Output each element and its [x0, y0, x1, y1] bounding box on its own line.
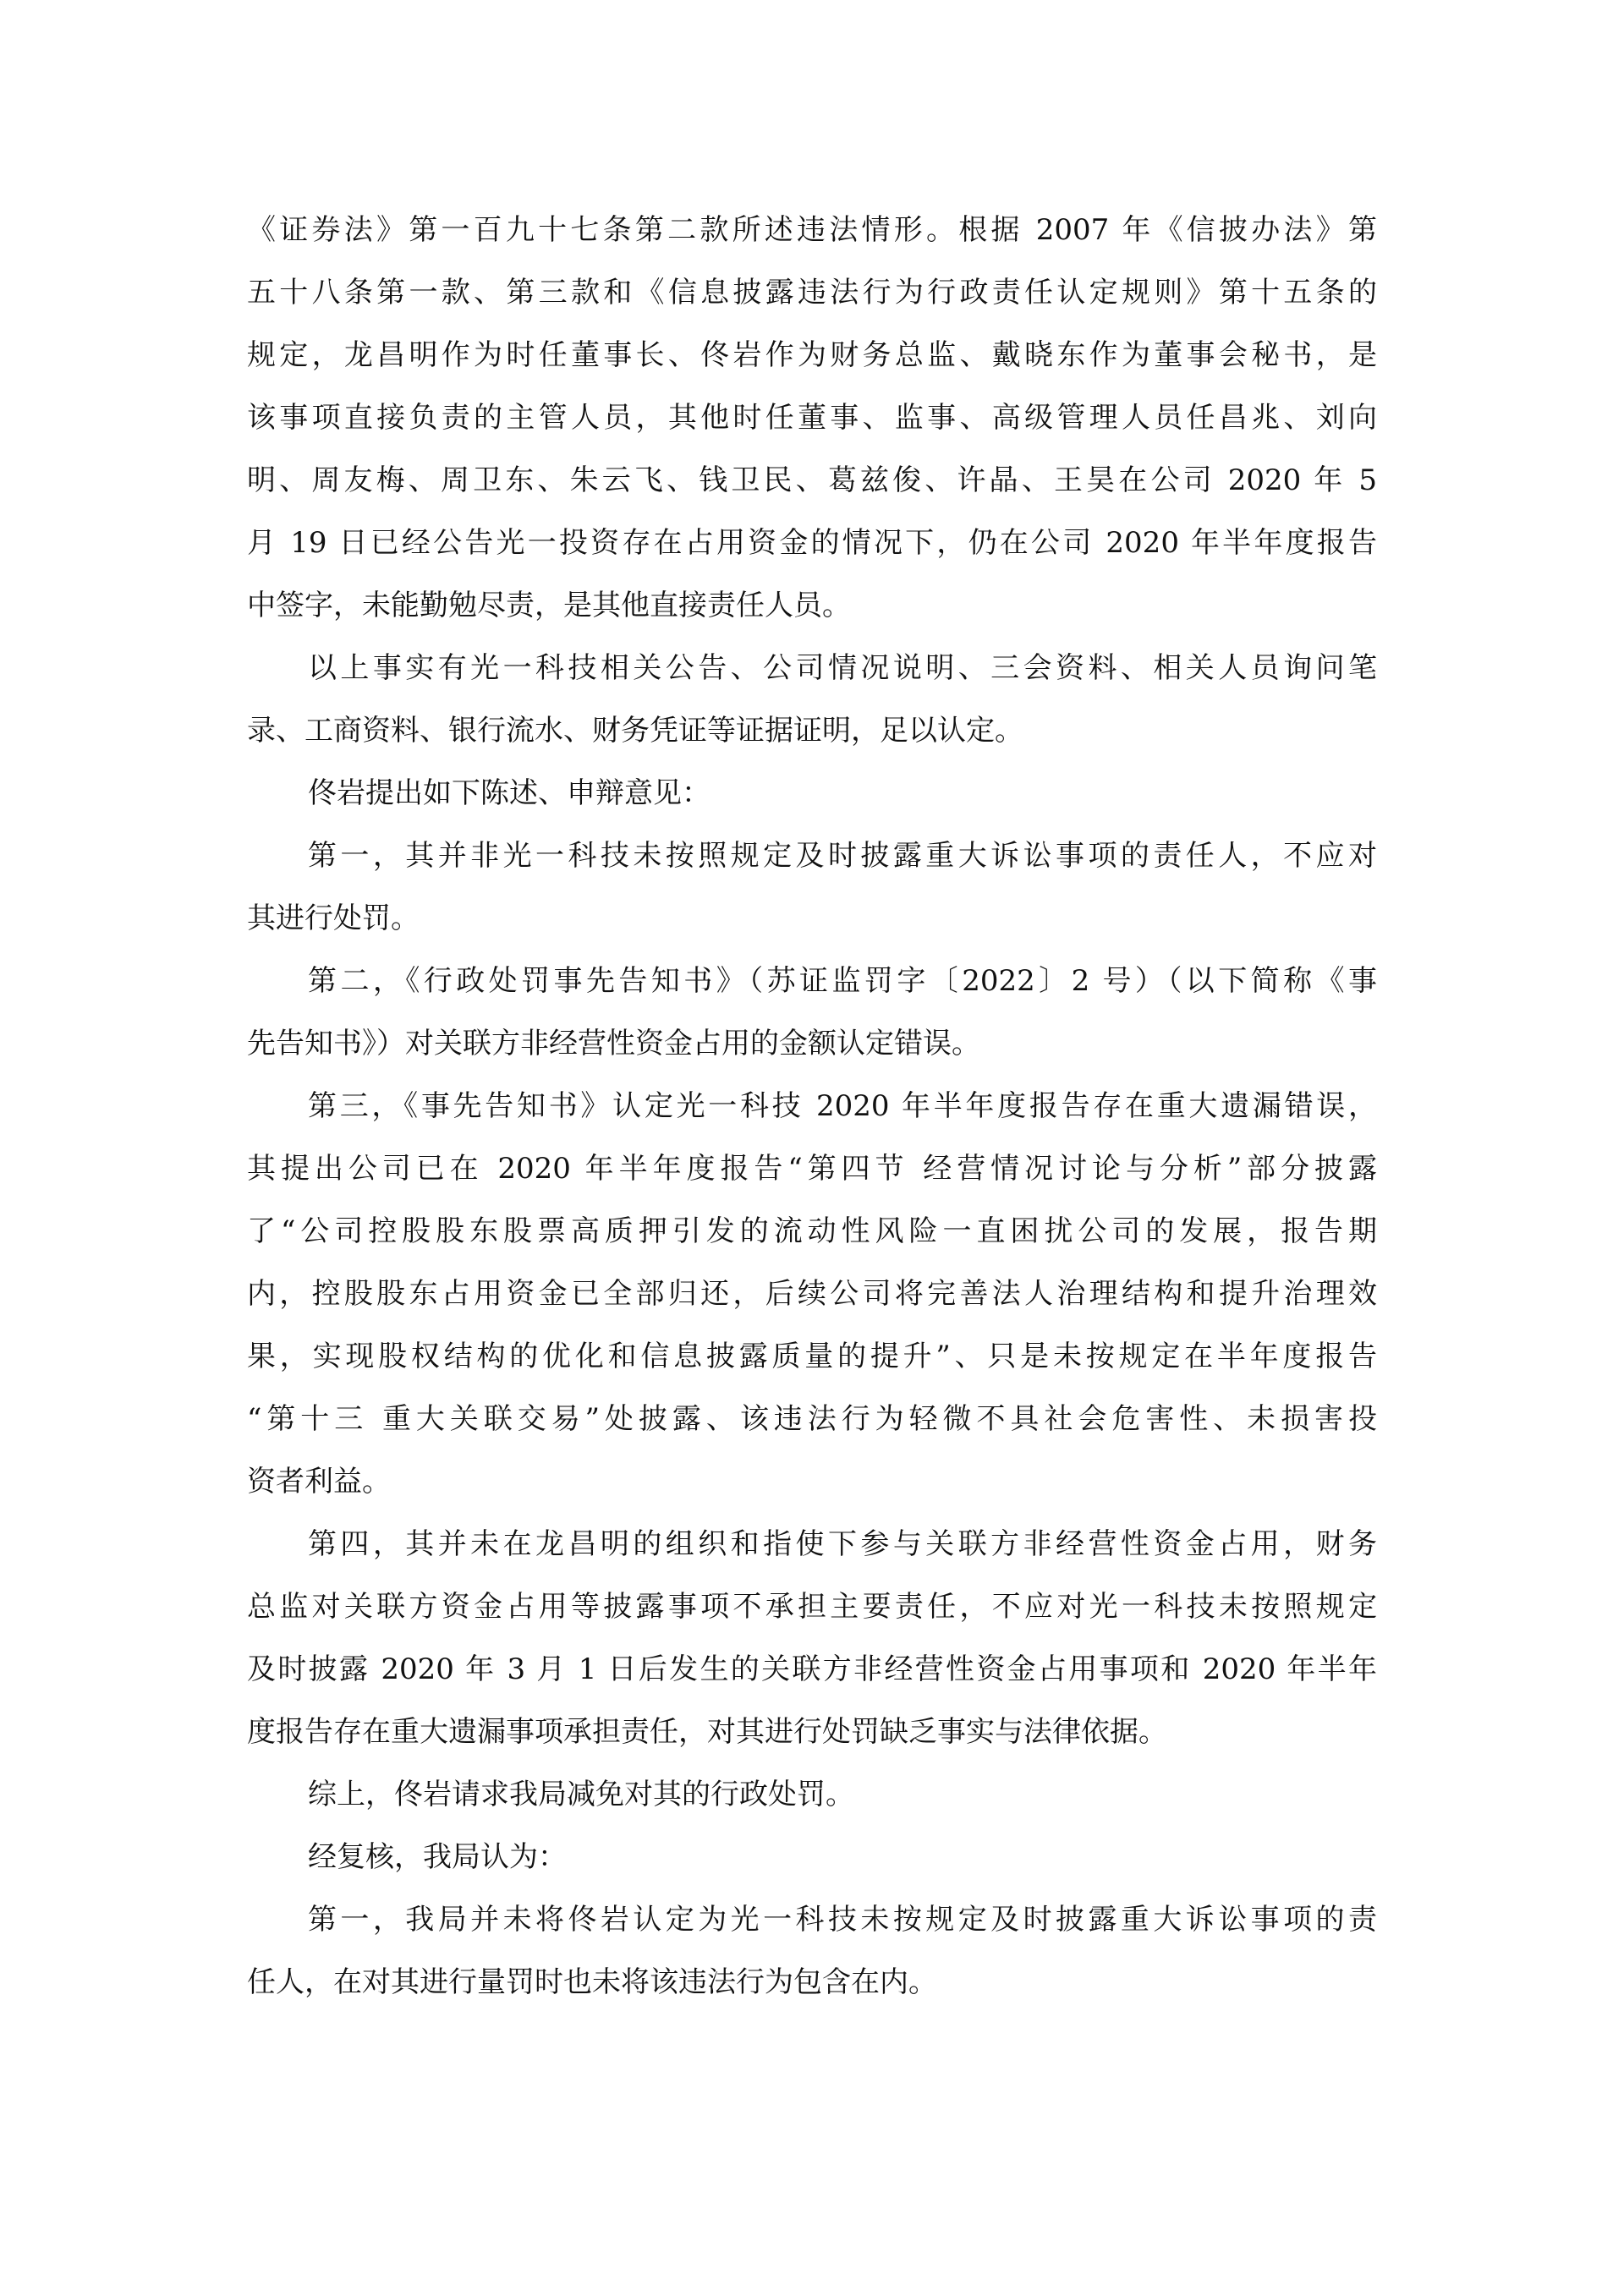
text-line: 第四，其并未在龙昌明的组织和指使下参与关联方非经营性资金占用，财务 [247, 1523, 1377, 1586]
text-line: 《证券法》第一百九十七条第二款所述违法情形。根据 2007 年《信披办法》第 [247, 209, 1377, 271]
paragraph-review-point-1: 第一，我局并未将佟岩认定为光一科技未按规定及时披露重大诉讼事项的责 任人，在对其… [247, 1899, 1380, 2024]
paragraph-defense-intro: 佟岩提出如下陈述、申辩意见： [247, 772, 1380, 835]
text-line: 任人，在对其进行量罚时也未将该违法行为包含在内。 [247, 1961, 1377, 2024]
text-line: 录、工商资料、银行流水、财务凭证等证据证明，足以认定。 [247, 710, 1377, 772]
text-line: 先告知书》）对关联方非经营性资金占用的金额认定错误。 [247, 1022, 1377, 1085]
paragraph-evidence: 以上事实有光一科技相关公告、公司情况说明、三会资料、相关人员询问笔 录、工商资料… [247, 647, 1380, 772]
paragraph-defense-point-1: 第一，其并非光一科技未按照规定及时披露重大诉讼事项的责任人，不应对 其进行处罚。 [247, 835, 1380, 960]
text-line: 第一，其并非光一科技未按照规定及时披露重大诉讼事项的责任人，不应对 [247, 835, 1377, 897]
paragraph-defense-point-2: 第二，《行政处罚事先告知书》（苏证监罚字〔2022〕2 号）（以下简称《事 先告… [247, 960, 1380, 1085]
text-line: 中签字，未能勤勉尽责，是其他直接责任人员。 [247, 584, 1377, 647]
paragraph-continuation: 《证券法》第一百九十七条第二款所述违法情形。根据 2007 年《信披办法》第 五… [247, 209, 1380, 647]
text-line: 明、周友梅、周卫东、朱云飞、钱卫民、葛兹俊、许晶、王昊在公司 2020 年 5 [247, 459, 1377, 522]
paragraph-defense-summary: 综上，佟岩请求我局减免对其的行政处罚。 [247, 1773, 1380, 1836]
text-line: 五十八条第一款、第三款和《信息披露违法行为行政责任认定规则》第十五条的 [247, 271, 1377, 334]
text-line: 了“公司控股股东股票高质押引发的流动性风险一直困扰公司的发展，报告期 [247, 1210, 1377, 1273]
text-line: 月 19 日已经公告光一投资存在占用资金的情况下，仍在公司 2020 年半年度报… [247, 522, 1377, 584]
paragraph-defense-point-3: 第三，《事先告知书》认定光一科技 2020 年半年度报告存在重大遗漏错误， 其提… [247, 1085, 1380, 1523]
paragraph-review-intro: 经复核，我局认为： [247, 1836, 1380, 1899]
text-line: 综上，佟岩请求我局减免对其的行政处罚。 [247, 1773, 1377, 1836]
text-line: 第三，《事先告知书》认定光一科技 2020 年半年度报告存在重大遗漏错误， [247, 1085, 1377, 1148]
text-line: “第十三 重大关联交易”处披露、该违法行为轻微不具社会危害性、未损害投 [247, 1398, 1377, 1460]
text-line: 该事项直接负责的主管人员，其他时任董事、监事、高级管理人员任昌兆、刘向 [247, 397, 1377, 459]
document-body: 《证券法》第一百九十七条第二款所述违法情形。根据 2007 年《信披办法》第 五… [247, 209, 1380, 2024]
text-line: 度报告存在重大遗漏事项承担责任，对其进行处罚缺乏事实与法律依据。 [247, 1711, 1377, 1773]
text-line: 以上事实有光一科技相关公告、公司情况说明、三会资料、相关人员询问笔 [247, 647, 1377, 710]
text-line: 规定，龙昌明作为时任董事长、佟岩作为财务总监、戴晓东作为董事会秘书，是 [247, 334, 1377, 397]
text-line: 及时披露 2020 年 3 月 1 日后发生的关联方非经营性资金占用事项和 20… [247, 1648, 1377, 1711]
document-page: 《证券法》第一百九十七条第二款所述违法情形。根据 2007 年《信披办法》第 五… [0, 0, 1624, 2296]
paragraph-defense-point-4: 第四，其并未在龙昌明的组织和指使下参与关联方非经营性资金占用，财务 总监对关联方… [247, 1523, 1380, 1773]
text-line: 其进行处罚。 [247, 897, 1377, 960]
text-line: 总监对关联方资金占用等披露事项不承担主要责任，不应对光一科技未按照规定 [247, 1586, 1377, 1648]
text-line: 经复核，我局认为： [247, 1836, 1377, 1899]
text-line: 第二，《行政处罚事先告知书》（苏证监罚字〔2022〕2 号）（以下简称《事 [247, 960, 1377, 1022]
text-line: 佟岩提出如下陈述、申辩意见： [247, 772, 1377, 835]
text-line: 内，控股股东占用资金已全部归还，后续公司将完善法人治理结构和提升治理效 [247, 1273, 1377, 1335]
text-line: 第一，我局并未将佟岩认定为光一科技未按规定及时披露重大诉讼事项的责 [247, 1899, 1377, 1961]
text-line: 其提出公司已在 2020 年半年度报告“第四节 经营情况讨论与分析”部分披露 [247, 1148, 1377, 1210]
text-line: 果，实现股权结构的优化和信息披露质量的提升”、只是未按规定在半年度报告 [247, 1335, 1377, 1398]
text-line: 资者利益。 [247, 1460, 1377, 1523]
